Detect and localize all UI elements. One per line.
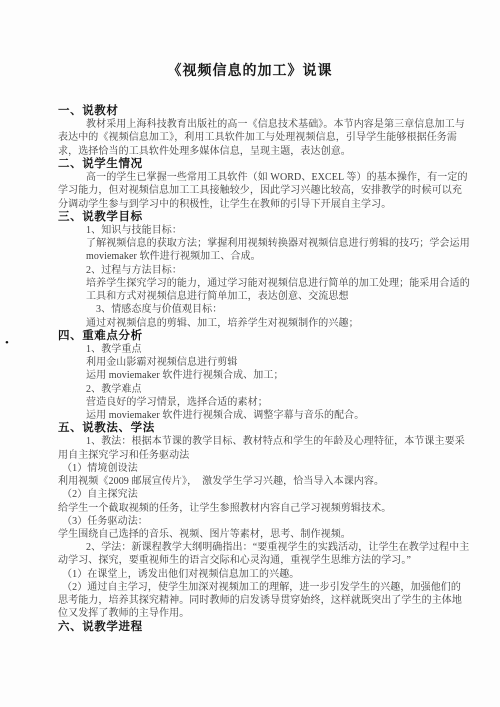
doc-line: 2、学法：新课程教学大纲明确指出：“要重视学生的实践活动，让学生在教学过程中主 bbox=[58, 541, 470, 554]
doc-line: 分调动学生参与到学习中的积极性，让学生在教师的引导下开展自主学习。 bbox=[58, 198, 470, 211]
doc-line: 给学生一个截取视频的任务，让学生参照教材内容自己学习视频剪辑技术。 bbox=[58, 502, 470, 515]
section-heading: 六、说教学进程 bbox=[58, 621, 470, 634]
section-heading: 五、说教法、学法 bbox=[58, 422, 470, 435]
doc-line: moviemaker 软件进行视频加工、合成。 bbox=[58, 250, 470, 263]
doc-line: 思考能力，培养其探究精神。同时教师的启发诱导贯穿始终，这样就既突出了学生的主体地 bbox=[58, 594, 470, 607]
doc-line: 1、教学重点 bbox=[58, 343, 470, 356]
doc-line: 学习能力，但对视频信息加工工具接触较少，因此学习兴趣比较高，安排教学的时候可以充 bbox=[58, 184, 470, 197]
doc-line: 3、情感态度与价值观目标： bbox=[58, 303, 470, 316]
doc-line: （1）在课堂上，诱发出他们对视频信息加工的兴趣。 bbox=[58, 568, 470, 581]
doc-line: 利用金山影霸对视频信息进行剪辑 bbox=[58, 356, 470, 369]
doc-line: 学生围绕自己选择的音乐、视频、图片等素材，思考、制作视频。 bbox=[58, 528, 470, 541]
document-body: 一、说教材教材采用上海科技教育出版社的高一《信息技术基础》。本节内容是第三章信息… bbox=[58, 105, 470, 634]
document-title: 《视频信息的加工》说课 bbox=[0, 60, 500, 80]
section-heading: 四、重难点分析 bbox=[58, 330, 470, 343]
document-page: • 《视频信息的加工》说课 一、说教材教材采用上海科技教育出版社的高一《信息技术… bbox=[0, 0, 500, 707]
doc-line: 工具和方式对视频信息进行简单加工，表达创意、交流思想 bbox=[58, 290, 470, 303]
doc-line: 2、过程与方法目标： bbox=[58, 264, 470, 277]
doc-line: 位又发挥了教师的主导作用。 bbox=[58, 607, 470, 620]
section-heading: 一、说教材 bbox=[58, 105, 470, 118]
doc-line: 利用视频《2009 邮展宣传片》， 激发学生学习兴趣，恰当导入本课内容。 bbox=[58, 475, 470, 488]
section-heading: 三、说教学目标 bbox=[58, 211, 470, 224]
doc-line: 培养学生探究学习的能力，通过学习能对视频信息进行简单的加工处理；能采用合适的 bbox=[58, 277, 470, 290]
doc-line: 高一的学生已掌握一些常用工具软件（如 WORD、EXCEL 等）的基本操作，有一… bbox=[58, 171, 470, 184]
doc-line: 1、知识与技能目标： bbox=[58, 224, 470, 237]
doc-line: （2）通过自主学习，使学生加深对视频加工的理解，进一步引发学生的兴趣，加强他们的 bbox=[58, 581, 470, 594]
doc-line: 运用 moviemaker 软件进行视频合成、加工； bbox=[58, 369, 470, 382]
doc-line: 运用 moviemaker 软件进行视频合成、调整字幕与音乐的配合。 bbox=[58, 409, 470, 422]
doc-line: 表达中的《视频信息加工》，利用工具软件加工与处理视频信息，引导学生能够根据任务需 bbox=[58, 131, 470, 144]
doc-line: 求，选择恰当的工具软件处理多媒体信息，呈现主题，表达创意。 bbox=[58, 145, 470, 158]
doc-line: （2）自主探究法 bbox=[58, 488, 470, 501]
doc-line: 动学习、探究，要重视师生的语言交际和心灵沟通，重视学生思维方法的学习。” bbox=[58, 554, 470, 567]
stray-bullet-marker: • bbox=[5, 338, 9, 349]
section-heading: 二、说学生情况 bbox=[58, 158, 470, 171]
doc-line: 通过对视频信息的剪辑、加工，培养学生对视频制作的兴趣； bbox=[58, 317, 470, 330]
doc-line: 1、教法：根据本节课的教学目标、教材特点和学生的年龄及心理特征，本节课主要采 bbox=[58, 435, 470, 448]
doc-line: 了解视频信息的获取方法；掌握利用视频转换器对视频信息进行剪辑的技巧；学会运用 bbox=[58, 237, 470, 250]
doc-line: 教材采用上海科技教育出版社的高一《信息技术基础》。本节内容是第三章信息加工与 bbox=[58, 118, 470, 131]
doc-line: 2、教学难点 bbox=[58, 383, 470, 396]
doc-line: （1）情境创设法 bbox=[58, 462, 470, 475]
doc-line: （3）任务驱动法： bbox=[58, 515, 470, 528]
doc-line: 用自主探究学习和任务驱动法 bbox=[58, 449, 470, 462]
doc-line: 营造良好的学习情景，选择合适的素材； bbox=[58, 396, 470, 409]
